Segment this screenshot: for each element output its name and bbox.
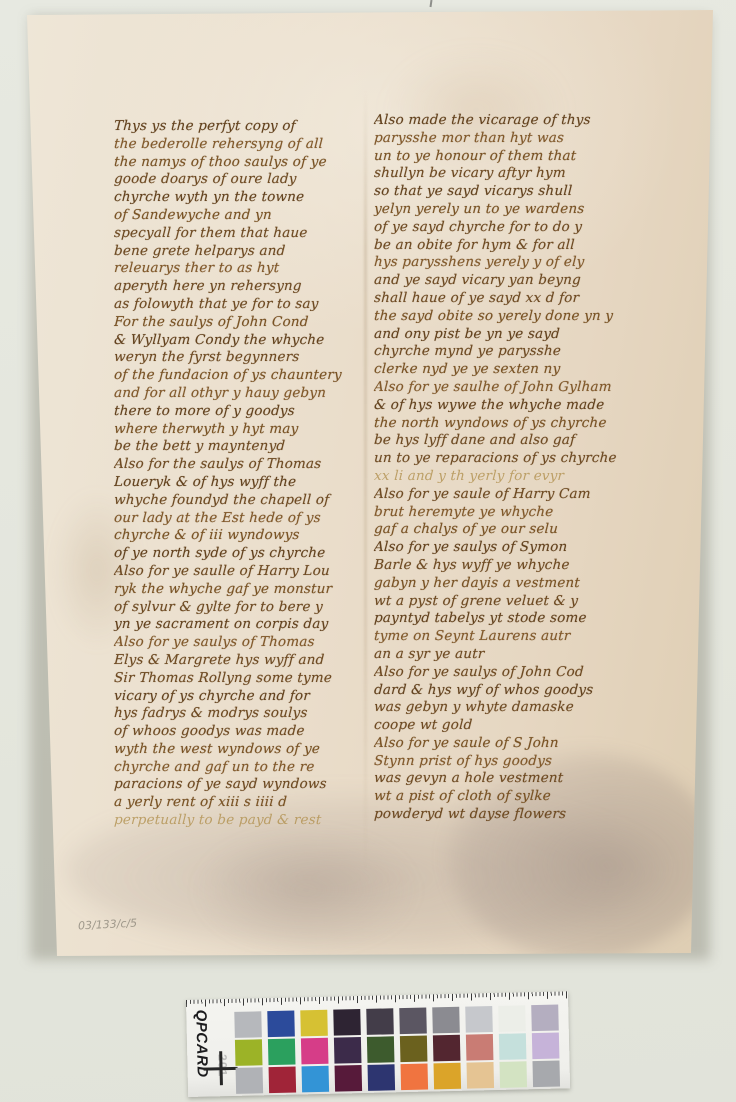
manuscript-text-line: parysshe mor than hyt was: [374, 130, 637, 148]
manuscript-text-line: the sayd obite so yerely done yn y: [374, 308, 637, 326]
manuscript-text-line: be hys lyff dane and also gaf: [374, 432, 637, 450]
manuscript-text-line: gaf a chalys of ye our selu: [374, 521, 637, 539]
color-swatch: [433, 1035, 461, 1062]
manuscript-text-line: hys fadrys & modrys soulys: [114, 705, 369, 723]
manuscript-text-line: the north wyndows of ys chyrche: [374, 415, 637, 433]
manuscript-text-line: our lady at the Est hede of ys: [114, 510, 369, 528]
color-swatch: [532, 1061, 560, 1088]
manuscript-text-line: releuarys ther to as hyt: [114, 260, 369, 278]
manuscript-text-line: chyrche wyth yn the towne: [114, 189, 369, 207]
text-column-left: Thys ys the perfyt copy ofthe bederolle …: [114, 118, 368, 830]
manuscript-page: Thys ys the perfyt copy ofthe bederolle …: [26, 10, 714, 960]
manuscript-text-line: payntyd tabelys yt stode some: [374, 610, 637, 628]
manuscript-text-line: Also for ye saulys of John Cod: [374, 664, 637, 682]
color-swatch: [465, 1006, 493, 1033]
manuscript-text-line: chyrche and gaf un to the re: [114, 759, 369, 777]
manuscript-text-line: Also for ye saulle of Harry Lou: [114, 563, 369, 581]
manuscript-text-line: xx li and y th yerly for evyr: [374, 468, 637, 486]
manuscript-text-line: & Wyllyam Condy the whyche: [114, 332, 369, 350]
manuscript-text-line: an a syr ye autr: [374, 646, 637, 664]
color-swatch: [434, 1063, 462, 1090]
manuscript-text-line: shall haue of ye sayd xx d for: [374, 290, 637, 308]
manuscript-text-line: of sylvur & gylte for to bere y: [114, 599, 369, 617]
manuscript-text-line: the namys of thoo saulys of ye: [114, 154, 369, 172]
manuscript-text-line: hys parysshens yerely y of ely: [374, 254, 637, 272]
manuscript-text-line: Also for ye saulys of Symon: [374, 539, 637, 557]
manuscript-text-line: Also for ye saulhe of John Gylham: [374, 379, 637, 397]
manuscript-text-line: For the saulys of John Cond: [114, 314, 369, 332]
manuscript-text-line: Sir Thomas Rollyng some tyme: [114, 670, 369, 688]
manuscript-text-line: brut heremyte ye whyche: [374, 504, 637, 522]
manuscript-text-line: tyme on Seynt Laurens autr: [374, 628, 637, 646]
manuscript-text-line: coope wt gold: [374, 717, 637, 735]
manuscript-text-line: Elys & Margrete hys wyff and: [114, 652, 369, 670]
color-swatch: [269, 1067, 297, 1094]
manuscript-text-line: Also for the saulys of Thomas: [114, 456, 369, 474]
manuscript-text-line: so that ye sayd vicarys shull: [374, 183, 637, 201]
manuscript-text-line: bene grete helparys and: [114, 243, 369, 261]
manuscript-text-line: perpetually to be payd & rest: [114, 812, 369, 830]
registration-cross-icon: [203, 1051, 238, 1086]
color-swatch: [333, 1009, 361, 1036]
manuscript-text-line: wt a pyst of grene veluet & y: [374, 593, 637, 611]
manuscript-text-line: yelyn yerely un to ye wardens: [374, 201, 637, 219]
color-swatch: [335, 1065, 363, 1092]
manuscript-text-line: shullyn be vicary aftyr hym: [374, 165, 637, 183]
color-swatch: [466, 1062, 494, 1089]
color-swatch: [532, 1033, 560, 1060]
manuscript-text-line: un to ye reparacions of ys chyrche: [374, 450, 637, 468]
manuscript-text-line: clerke nyd ye ye sexten ny: [374, 361, 637, 379]
manuscript-text-line: Also for ye saule of S John: [374, 735, 637, 753]
color-swatch: [531, 1005, 559, 1032]
manuscript-text-line: Barle & hys wyff ye whyche: [374, 557, 637, 575]
manuscript-text-line: chyrche & of iii wyndowys: [114, 527, 369, 545]
qpcard-color-target: QPCARD 201: [186, 991, 570, 1097]
color-swatch: [400, 1036, 428, 1063]
manuscript-text-line: the bederolle rehersyng of all: [114, 136, 369, 154]
color-swatch: [367, 1036, 395, 1063]
manuscript-text-line: where therwyth y hyt may: [114, 421, 369, 439]
manuscript-text-line: yn ye sacrament on corpis day: [114, 616, 369, 634]
manuscript-text-line: vicary of ys chyrche and for: [114, 688, 369, 706]
color-swatch: [399, 1008, 427, 1035]
manuscript-text-line: wt a pist of cloth of sylke: [374, 788, 637, 806]
frame-tick-mark: [430, 0, 433, 7]
color-swatch: [499, 1033, 527, 1060]
color-swatch: [466, 1034, 494, 1061]
stain-bottom-center: [196, 830, 416, 950]
color-swatch: [300, 1010, 328, 1037]
manuscript-text-line: dard & hys wyf of whos goodys: [374, 682, 637, 700]
manuscript-text-line: powderyd wt dayse flowers: [374, 806, 637, 824]
color-swatch: [334, 1037, 362, 1064]
color-swatch: [366, 1008, 394, 1035]
photo-background: Thys ys the perfyt copy ofthe bederolle …: [0, 0, 736, 1102]
manuscript-text-line: Also made the vicarage of thys: [374, 112, 637, 130]
manuscript-text-line: and ye sayd vicary yan beyng: [374, 272, 637, 290]
color-swatch: [499, 1061, 527, 1088]
color-swatch-grid: [234, 1005, 560, 1094]
color-swatch: [498, 1005, 526, 1032]
text-column-right: Also made the vicarage of thysparysshe m…: [374, 112, 636, 824]
color-swatch: [368, 1064, 396, 1091]
manuscript-text-line: Loueryk & of hys wyff the: [114, 474, 369, 492]
color-swatch: [268, 1039, 296, 1066]
pencil-shelfmark: 03/133/c/5: [78, 916, 138, 932]
manuscript-text-line: wyth the west wyndows of ye: [114, 741, 369, 759]
manuscript-text-line: weryn the fyrst begynners: [114, 349, 369, 367]
manuscript-text-line: specyall for them that haue: [114, 225, 369, 243]
manuscript-text-line: of ye north syde of ys chyrche: [114, 545, 369, 563]
manuscript-text-line: chyrche mynd ye parysshe: [374, 343, 637, 361]
manuscript-text-line: of the fundacion of ys chauntery: [114, 367, 369, 385]
manuscript-text-line: and for all othyr y hauy gebyn: [114, 385, 369, 403]
manuscript-text-line: Stynn prist of hys goodys: [374, 753, 637, 771]
color-swatch: [235, 1039, 263, 1066]
color-swatch: [401, 1064, 429, 1091]
manuscript-text-line: & of hys wywe the whyche made: [374, 397, 637, 415]
manuscript-text-line: ryk the whyche gaf ye monstur: [114, 581, 369, 599]
manuscript-text-line: was gebyn y whyte damaske: [374, 699, 637, 717]
color-swatch: [234, 1011, 262, 1038]
color-swatch: [432, 1007, 460, 1034]
manuscript-text-line: of ye sayd chyrche for to do y: [374, 219, 637, 237]
manuscript-text-line: gabyn y her dayis a vestment: [374, 575, 637, 593]
color-swatch: [301, 1038, 329, 1065]
color-swatch: [236, 1067, 264, 1094]
manuscript-text-line: of Sandewyche and yn: [114, 207, 369, 225]
manuscript-text-line: Also for ye saule of Harry Cam: [374, 486, 637, 504]
manuscript-text-line: be the bett y mayntenyd: [114, 438, 369, 456]
manuscript-text-line: be an obite for hym & for all: [374, 237, 637, 255]
manuscript-text-line: there to more of y goodys: [114, 403, 369, 421]
manuscript-text-line: goode doarys of oure lady: [114, 171, 369, 189]
color-swatch: [267, 1011, 295, 1038]
manuscript-text-line: of whoos goodys was made: [114, 723, 369, 741]
manuscript-text-line: aperyth here yn rehersyng: [114, 278, 369, 296]
manuscript-text-line: was gevyn a hole vestment: [374, 770, 637, 788]
manuscript-text-line: as folowyth that ye for to say: [114, 296, 369, 314]
color-swatch: [302, 1066, 330, 1093]
manuscript-text-line: paracions of ye sayd wyndows: [114, 776, 369, 794]
manuscript-text-line: Thys ys the perfyt copy of: [114, 118, 369, 136]
manuscript-text-line: whyche foundyd the chapell of: [114, 492, 369, 510]
manuscript-text-line: un to ye honour of them that: [374, 148, 637, 166]
manuscript-text-line: a yerly rent of xiii s iiii d: [114, 794, 369, 812]
manuscript-text-line: and ony pist be yn ye sayd: [374, 326, 637, 344]
manuscript-text-line: Also for ye saulys of Thomas: [114, 634, 369, 652]
